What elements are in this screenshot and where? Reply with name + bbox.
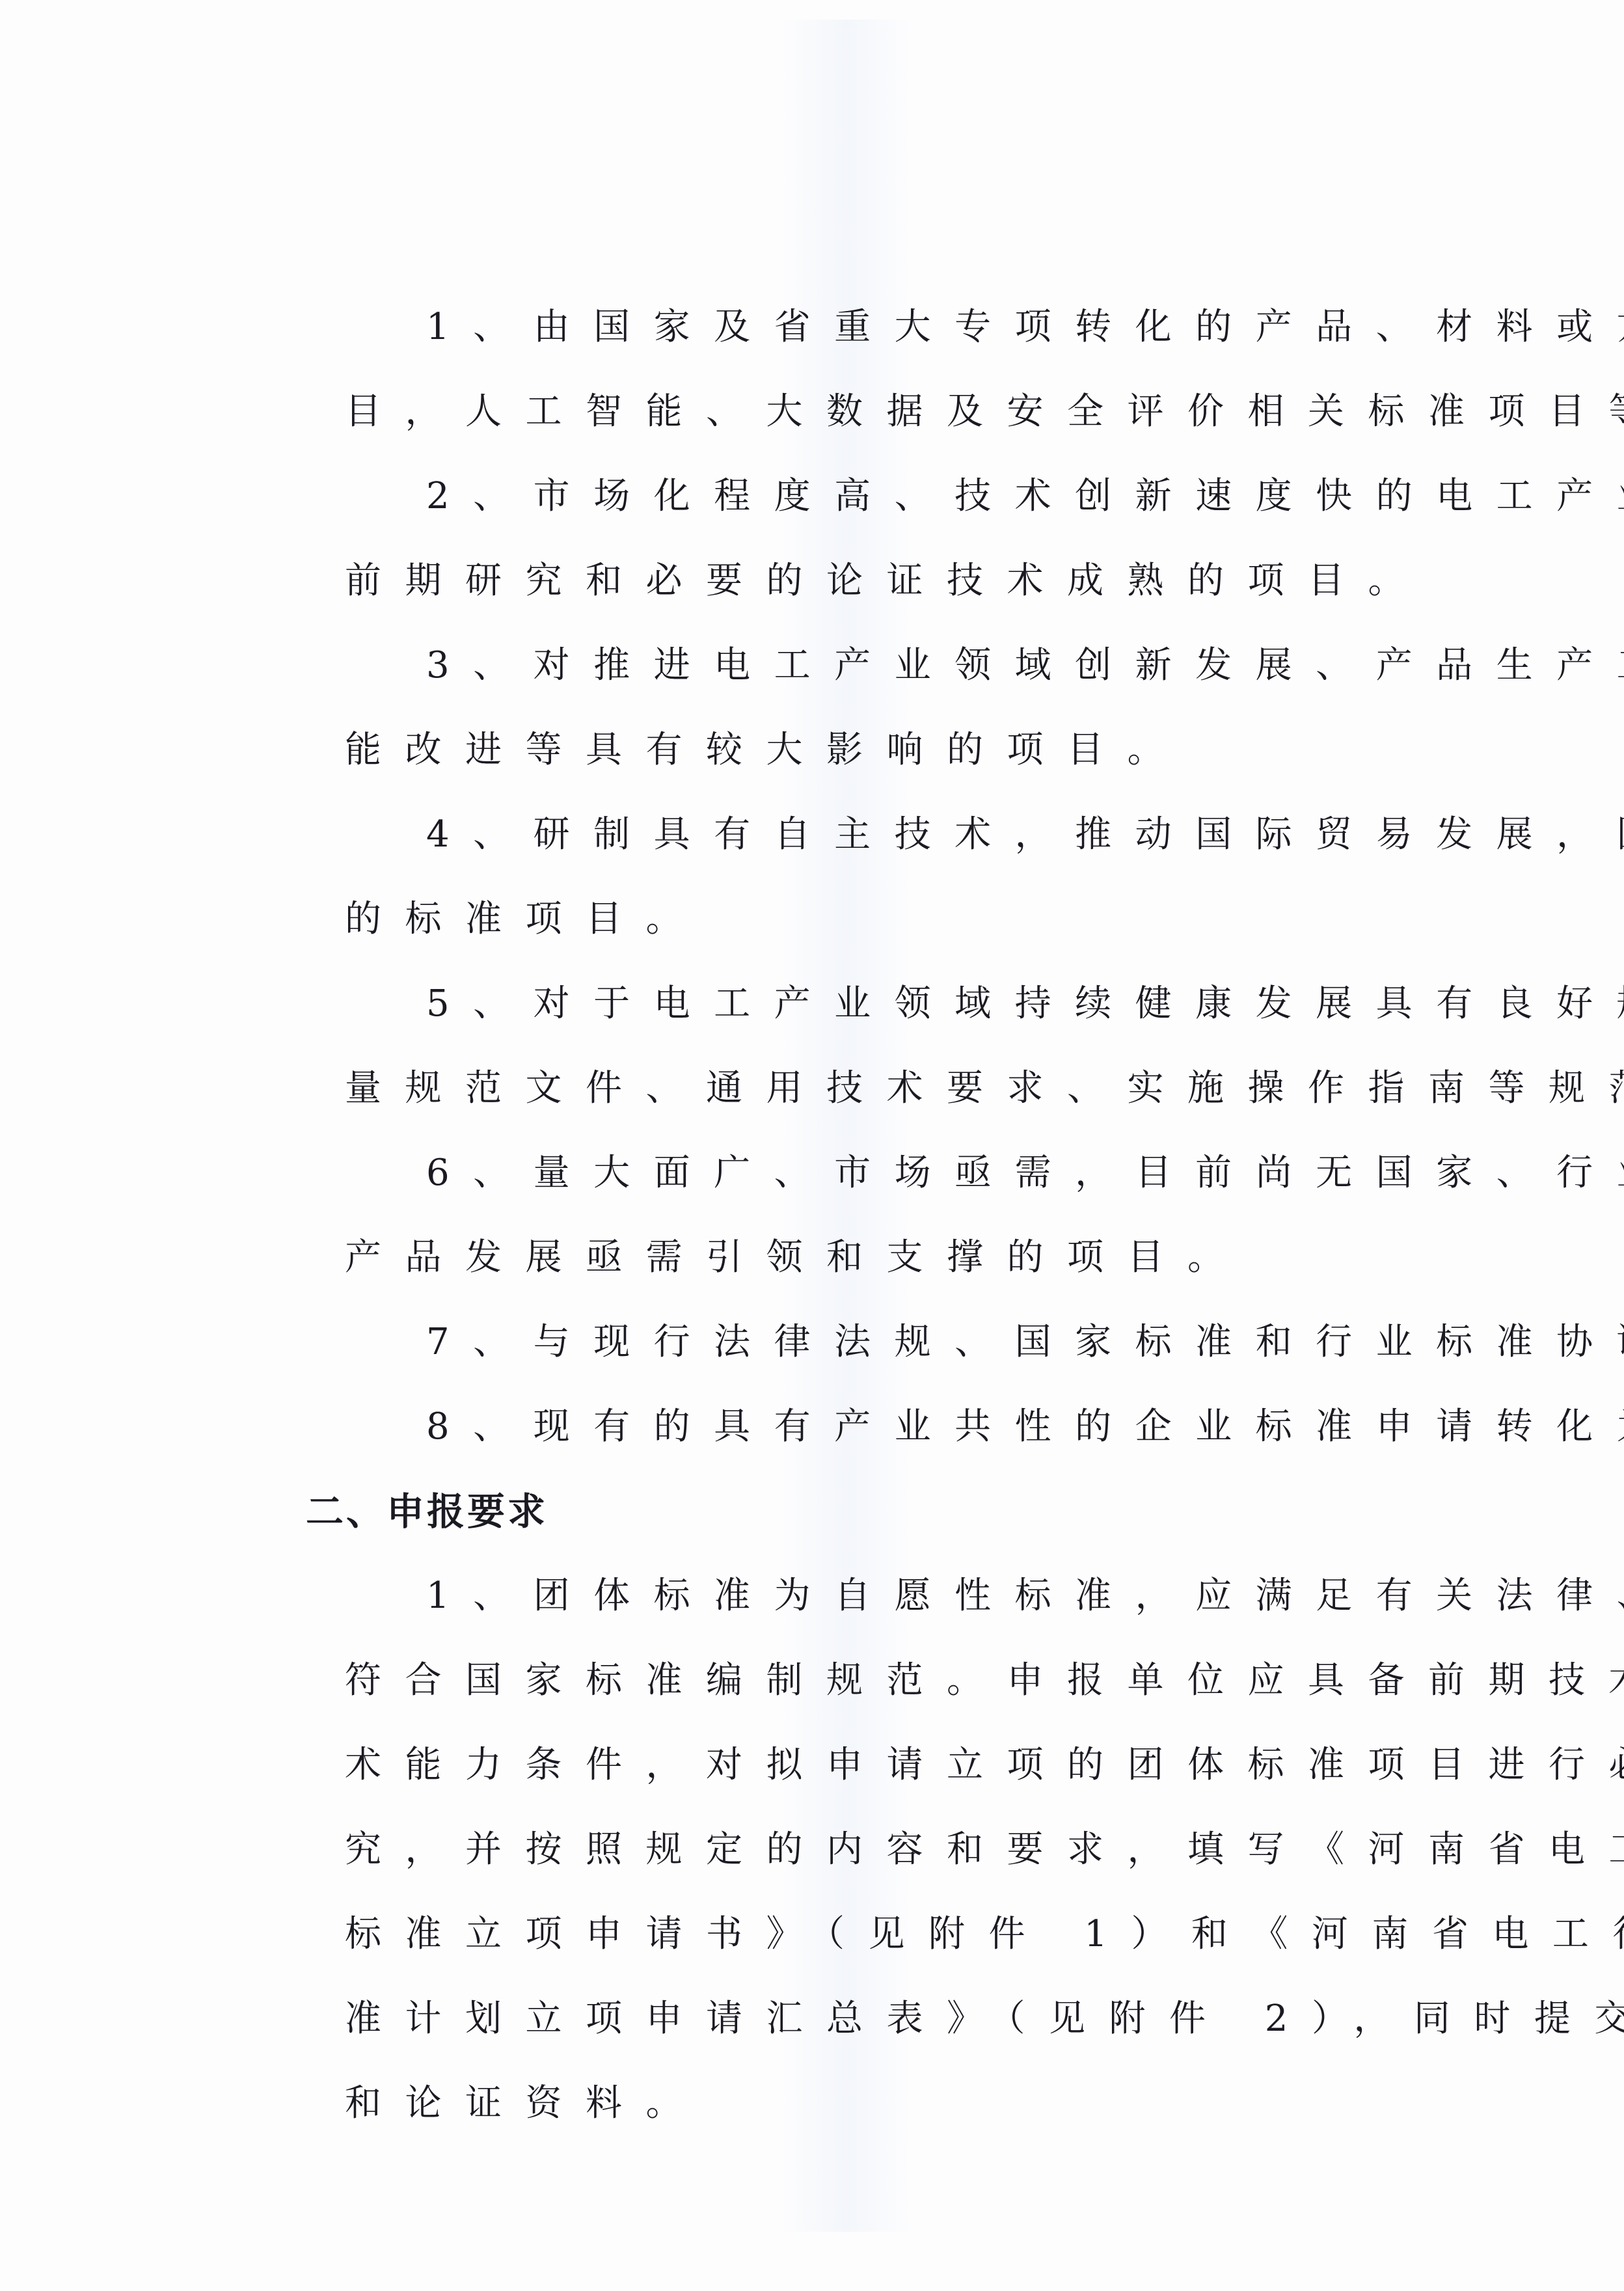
text-line: 2、市场化程度高、技术创新速度快的电工产业领域，经过 [224,454,1448,539]
criteria-item-7: 7、与现行法律法规、国家标准和行业标准协调配套的项目。 [224,1300,1448,1385]
text-line: 符合国家标准编制规范。申报单位应具备前期技术基础和专业技 [224,1638,1448,1723]
text-line: 1、团体标准为自愿性标准，应满足有关法律、法规要求， [224,1554,1448,1638]
criteria-item-5: 5、对于电工产业领域持续健康发展具有良好规范作用的质 量规范文件、通用技术要求、… [224,962,1448,1131]
section-heading-requirements: 二、申报要求 [224,1469,1448,1554]
text-line: 7、与现行法律法规、国家标准和行业标准协调配套的项目。 [224,1300,1448,1385]
criteria-item-4: 4、研制具有自主技术，推动国际贸易发展，国际市场亟需 的标准项目。 [224,793,1448,962]
text-line: 准计划立项申请汇总表》（见附件 2），同时提交相应标准草案 [224,1977,1448,2061]
text-line: 8、现有的具有产业共性的企业标准申请转化为团体标准。 [224,1385,1448,1469]
document-page: 1、由国家及省重大专项转化的产品、材料或方法类标准项 目，人工智能、大数据及安全… [224,285,1448,2146]
text-line: 究，并按照规定的内容和要求，填写《河南省电工行业协会团体 [224,1808,1448,1892]
requirement-item-1: 1、团体标准为自愿性标准，应满足有关法律、法规要求， 符合国家标准编制规范。申报… [224,1554,1448,2146]
text-line: 4、研制具有自主技术，推动国际贸易发展，国际市场亟需 [224,793,1448,877]
text-line: 和论证资料。 [224,2061,1448,2146]
text-line: 1、由国家及省重大专项转化的产品、材料或方法类标准项 [224,285,1448,370]
criteria-item-2: 2、市场化程度高、技术创新速度快的电工产业领域，经过 前期研究和必要的论证技术成… [224,454,1448,623]
text-line: 目，人工智能、大数据及安全评价相关标准项目等。 [224,370,1448,454]
criteria-item-1: 1、由国家及省重大专项转化的产品、材料或方法类标准项 目，人工智能、大数据及安全… [224,285,1448,454]
text-line: 3、对推进电工产业领域创新发展、产品生产工艺和质量性 [224,623,1448,708]
criteria-item-8: 8、现有的具有产业共性的企业标准申请转化为团体标准。 [224,1385,1448,1469]
text-line: 前期研究和必要的论证技术成熟的项目。 [224,539,1448,623]
text-line: 量规范文件、通用技术要求、实施操作指南等规范性文件。 [224,1046,1448,1131]
text-line: 标准立项申请书》（见附件 1）和《河南省电工行业协会团体标 [224,1892,1448,1977]
text-line: 的标准项目。 [224,877,1448,962]
criteria-item-3: 3、对推进电工产业领域创新发展、产品生产工艺和质量性 能改进等具有较大影响的项目… [224,623,1448,793]
text-line: 5、对于电工产业领域持续健康发展具有良好规范作用的质 [224,962,1448,1046]
text-line: 6、量大面广、市场亟需，目前尚无国家、行业标准或计划， [224,1131,1448,1215]
text-line: 术能力条件，对拟申请立项的团体标准项目进行必要的前期研 [224,1723,1448,1808]
text-line: 能改进等具有较大影响的项目。 [224,708,1448,793]
text-line: 产品发展亟需引领和支撑的项目。 [224,1215,1448,1300]
criteria-item-6: 6、量大面广、市场亟需，目前尚无国家、行业标准或计划， 产品发展亟需引领和支撑的… [224,1131,1448,1300]
